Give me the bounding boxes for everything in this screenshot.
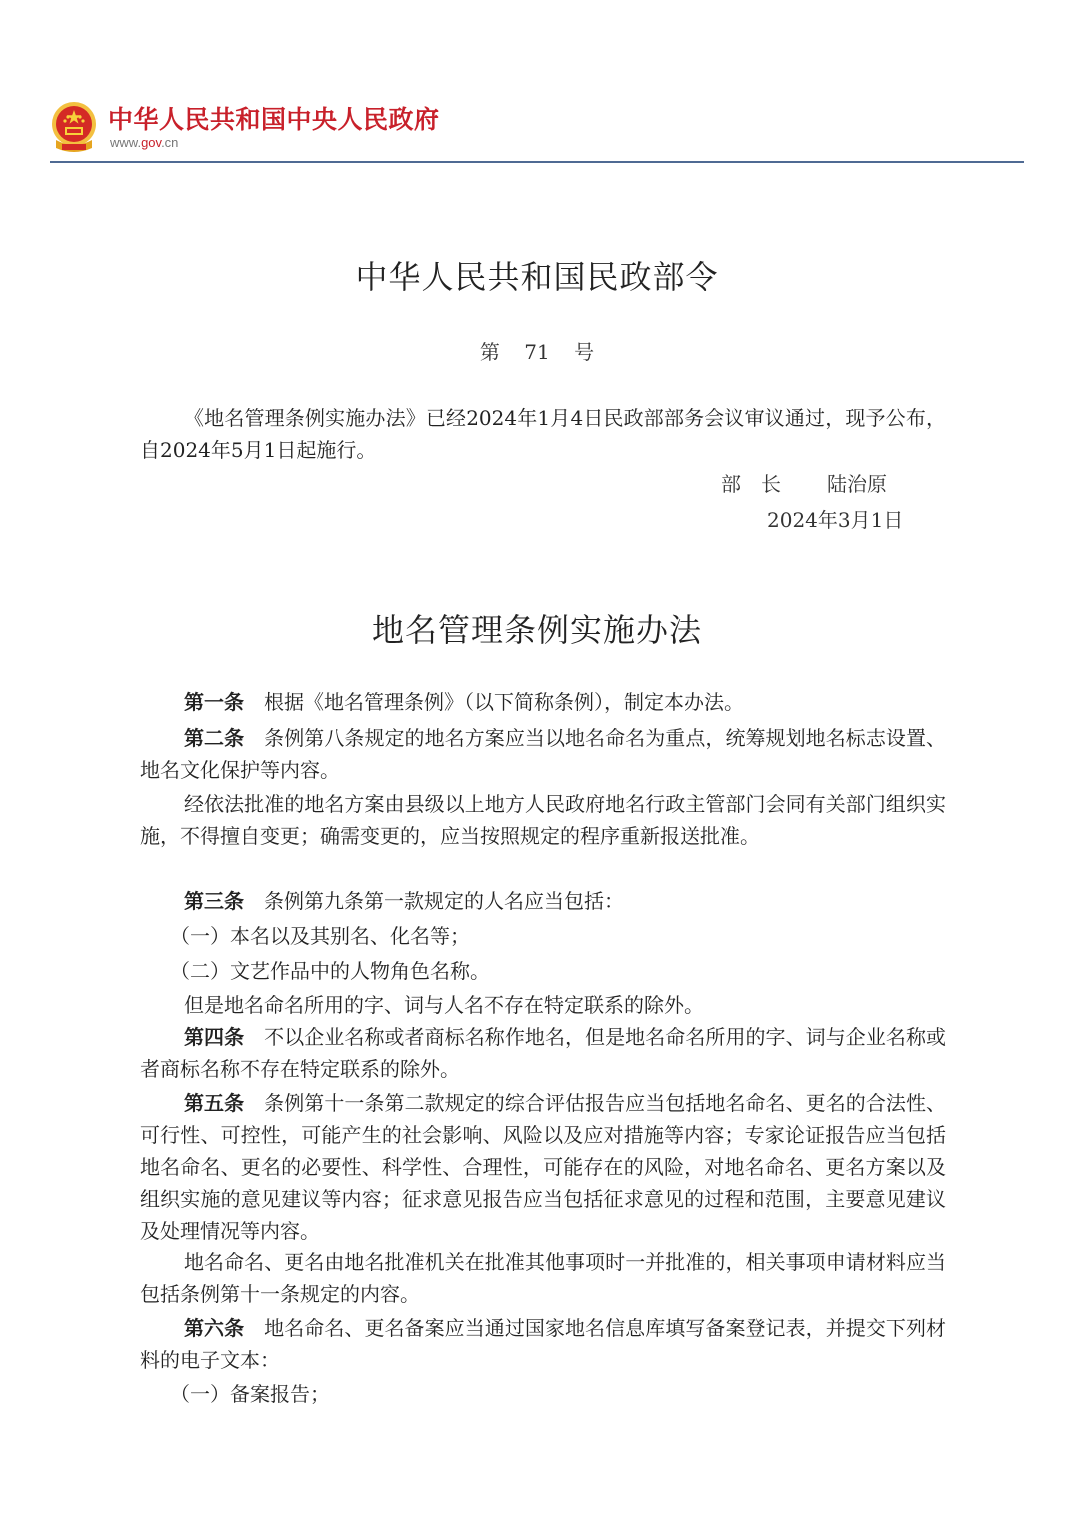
url-suffix: .cn bbox=[161, 135, 178, 150]
article-2: 第二条条例第八条规定的地名方案应当以地名命名为重点，统筹规划地名标志设置、地名文… bbox=[140, 722, 946, 786]
article-5: 第五条条例第十一条第二款规定的综合评估报告应当包括地名命名、更名的合法性、可行性… bbox=[140, 1087, 946, 1247]
article-text: 条例第十一条第二款规定的综合评估报告应当包括地名命名、更名的合法性、可行性、可控… bbox=[140, 1091, 946, 1243]
article-label: 第三条 bbox=[184, 889, 244, 913]
signatory-title-2: 长 bbox=[761, 468, 781, 497]
order-number-value: 71 bbox=[524, 340, 549, 364]
article-text: 不以企业名称或者商标名称作地名，但是地名命名所用的字、词与企业名称或者商标名称不… bbox=[140, 1025, 946, 1081]
site-title[interactable]: 中华人民共和国中央人民政府 bbox=[108, 100, 440, 136]
article-label: 第六条 bbox=[184, 1316, 244, 1340]
article-3-item-2: （二）文艺作品中的人物角色名称。 bbox=[140, 955, 946, 987]
article-3-item-1: （一）本名以及其别名、化名等； bbox=[140, 920, 946, 952]
article-label: 第二条 bbox=[184, 726, 244, 750]
article-text: 条例第八条规定的地名方案应当以地名命名为重点，统筹规划地名标志设置、地名文化保护… bbox=[140, 726, 946, 782]
article-5-paragraph-2: 地名命名、更名由地名批准机关在批准其他事项时一并批准的，相关事项申请材料应当包括… bbox=[140, 1246, 946, 1310]
article-2-paragraph-2: 经依法批准的地名方案由县级以上地方人民政府地名行政主管部门会同有关部门组织实施，… bbox=[140, 788, 946, 852]
article-3: 第三条条例第九条第一款规定的人名应当包括： bbox=[140, 885, 946, 917]
article-label: 第五条 bbox=[184, 1091, 244, 1115]
site-url[interactable]: www.gov.cn bbox=[110, 135, 178, 150]
url-prefix: www. bbox=[110, 135, 141, 150]
article-text: 条例第九条第一款规定的人名应当包括： bbox=[264, 889, 624, 913]
order-number-prefix: 第 bbox=[480, 336, 500, 365]
article-label: 第四条 bbox=[184, 1025, 244, 1049]
law-title: 地名管理条例实施办法 bbox=[0, 605, 1074, 651]
url-gov: gov bbox=[141, 135, 161, 150]
site-header: 中华人民共和国中央人民政府 www.gov.cn bbox=[50, 98, 1024, 164]
article-text: 根据《地名管理条例》（以下简称条例），制定本办法。 bbox=[264, 690, 744, 714]
order-title: 中华人民共和国民政部令 bbox=[0, 252, 1074, 298]
signatory-title-1: 部 bbox=[721, 468, 741, 497]
article-3-paragraph-2: 但是地名命名所用的字、词与人名不存在特定联系的除外。 bbox=[140, 989, 946, 1021]
signatory: 部长陆治原 bbox=[721, 468, 887, 497]
header-divider bbox=[50, 161, 1024, 163]
signatory-name: 陆治原 bbox=[827, 468, 887, 497]
signing-date: 2024年3月1日 bbox=[767, 504, 903, 533]
announcement-text: 《地名管理条例实施办法》已经2024年1月4日民政部部务会议审议通过，现予公布，… bbox=[140, 402, 946, 466]
article-1: 第一条根据《地名管理条例》（以下简称条例），制定本办法。 bbox=[140, 686, 946, 718]
national-emblem-icon bbox=[50, 100, 98, 156]
order-number: 第 71 号 bbox=[0, 336, 1074, 365]
order-number-suffix: 号 bbox=[574, 336, 594, 365]
article-6-item-1: （一）备案报告； bbox=[140, 1378, 946, 1410]
article-text: 地名命名、更名备案应当通过国家地名信息库填写备案登记表，并提交下列材料的电子文本… bbox=[140, 1316, 946, 1372]
article-4: 第四条不以企业名称或者商标名称作地名，但是地名命名所用的字、词与企业名称或者商标… bbox=[140, 1021, 946, 1085]
article-label: 第一条 bbox=[184, 690, 244, 714]
article-6: 第六条地名命名、更名备案应当通过国家地名信息库填写备案登记表，并提交下列材料的电… bbox=[140, 1312, 946, 1376]
